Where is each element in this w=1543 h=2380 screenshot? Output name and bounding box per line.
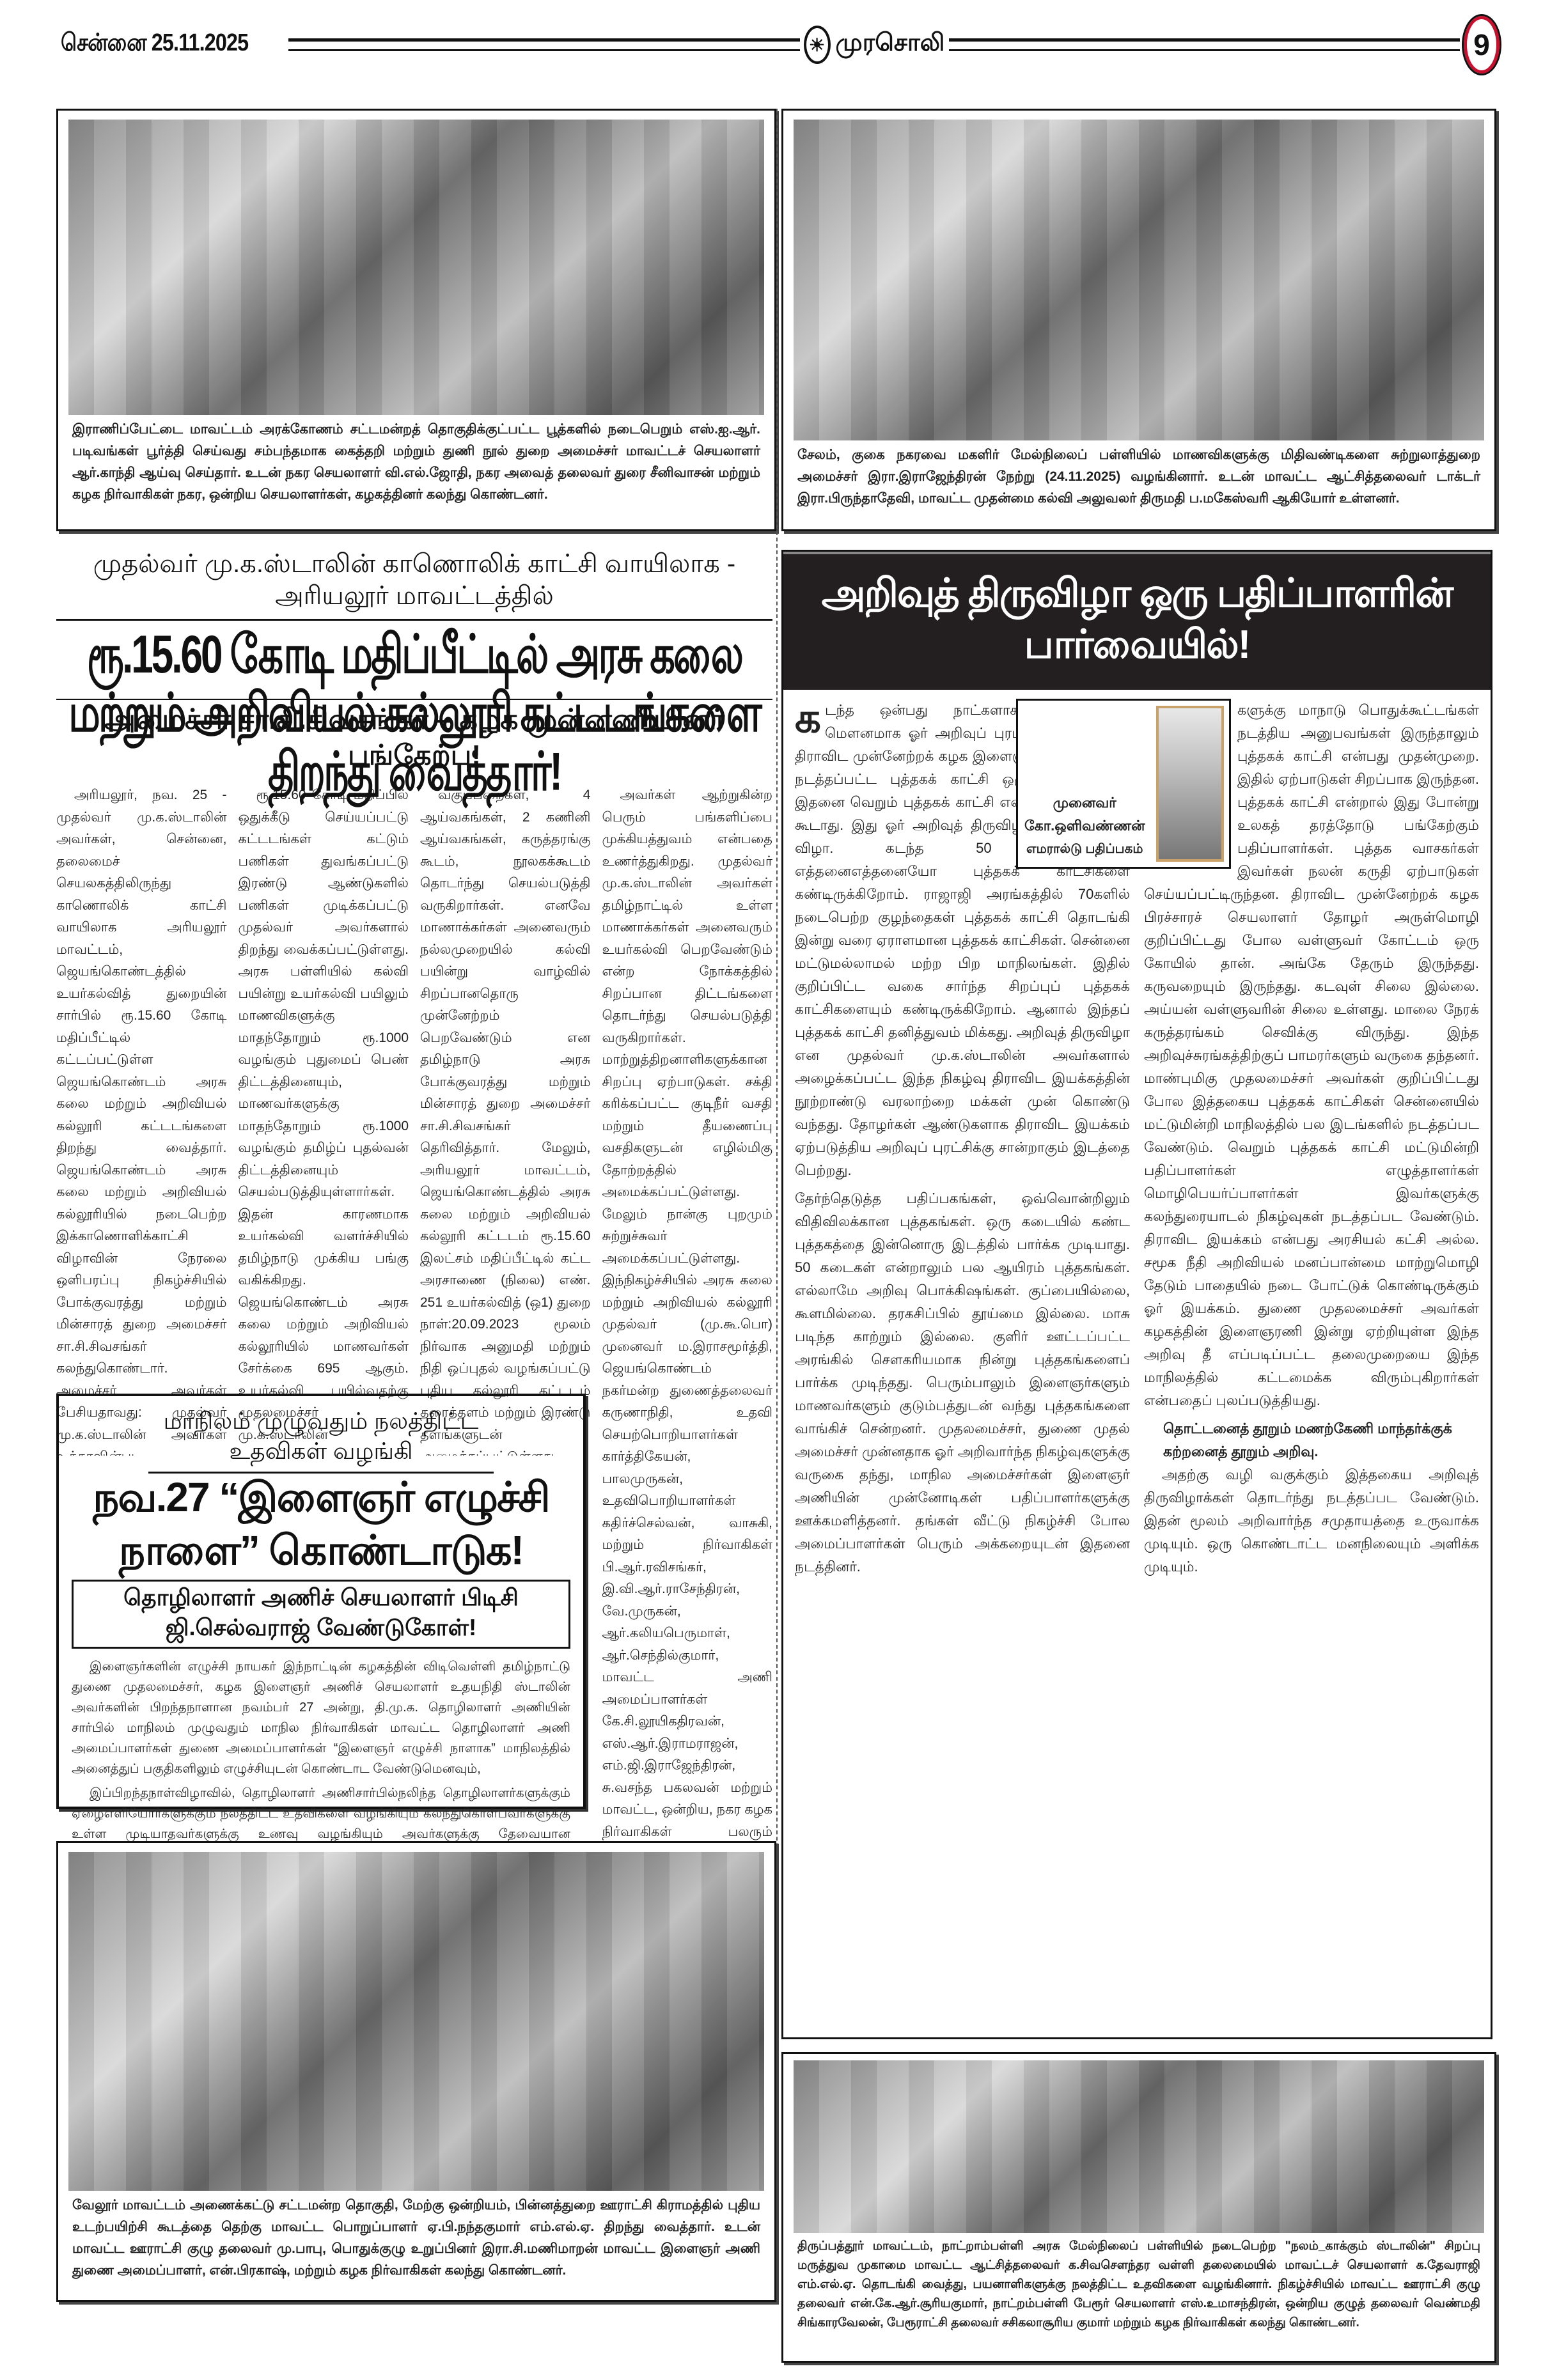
author-name: முனைவர் கோ.ஒளிவண்ணன்: [1024, 791, 1145, 837]
notice-paragraph: இளைஞர்களின் எழுச்சி நாயகர் இந்நாட்டின் க…: [72, 1656, 570, 1779]
column-text: அரியலூர், நவ. 25 - முதல்வர் மு.க.ஸ்டாலின…: [56, 784, 227, 1456]
author-role: எமரால்டு பதிப்பகம்: [1024, 837, 1145, 860]
column-text: ரூ.15.60 கோடி மதிப்பில் ஒதுக்கீடு செய்யப…: [239, 784, 409, 1446]
quote-line: தொட்டனைத் தூறும் மணற்கேணி மாந்தர்க்குக்: [1163, 1417, 1479, 1440]
notice-box: மாநிலம் முழுவதும் நலத்திட்ட உதவிகள் வழங்…: [56, 1394, 586, 1809]
article-column: அவர்கள் ஆற்றுகின்ற பெரும் பங்களிப்பை முக…: [602, 784, 773, 1999]
article-right: அறிவுத் திருவிழா ஒரு பதிப்பாளரின் பார்வை…: [781, 550, 1492, 2039]
notice-headline: நவ.27 “இளைஞர் எழுச்சி நாளை” கொண்டாடுக!: [72, 1474, 570, 1580]
article-kicker: முதல்வர் மு.க.ஸ்டாலின் காணொலிக் காட்சி வ…: [56, 550, 772, 621]
article-left: முதல்வர் மு.க.ஸ்டாலின் காணொலிக் காட்சி வ…: [56, 550, 772, 1456]
column-text: வகுப்பறைகள், 4 ஆய்வகங்கள், 2 கணினி ஆய்வக…: [420, 784, 591, 1456]
photo-caption: வேலூர் மாவட்டம் அணைக்கட்டு சட்டமன்ற தொகு…: [58, 2191, 774, 2285]
edition-date: சென்னை 25.11.2025: [61, 29, 251, 60]
article-headline: அறிவுத் திருவிழா ஒரு பதிப்பாளரின் பார்வை…: [783, 552, 1491, 690]
quote-line: கற்றனைத் தூறும் அறிவு.: [1163, 1440, 1479, 1463]
article-column: அரியலூர், நவ. 25 - முதல்வர் மு.க.ஸ்டாலின…: [56, 784, 227, 1456]
photo-image: [68, 1852, 764, 2191]
photo-caption: சேலம், குகை நகரவை மகளிர் மேல்நிலைப் பள்ள…: [783, 440, 1494, 513]
kural-quote: தொட்டனைத் தூறும் மணற்கேணி மாந்தர்க்குக் …: [1144, 1417, 1479, 1463]
article-headline: ரூ.15.60 கோடி மதிப்பீட்டில் அரசு கலை மற்…: [56, 626, 772, 802]
photo-bottom-right: திருப்பத்தூர் மாவட்டம், நாட்றாம்பள்ளி அர…: [781, 2052, 1496, 2363]
article-body-right: முனைவர் கோ.ஒளிவண்ணன் எமரால்டு பதிப்பகம் …: [1144, 699, 1479, 1412]
body-text: தேர்ந்தெடுத்த பதிப்பகங்கள், ஒவ்வொன்றிலும…: [795, 1187, 1130, 1578]
drop-cap: க: [795, 699, 821, 737]
masthead-rule: [288, 38, 800, 51]
photo-bottom-left: வேலூர் மாவட்டம் அணைக்கட்டு சட்டமன்ற தொகு…: [56, 1841, 776, 2302]
column-divider: [776, 109, 778, 2161]
paper-logo: ☀ முரசொலி: [804, 26, 945, 64]
notice-subheadline: தொழிலாளர் அணிச் செயலாளர் பிடிசி ஜி.செல்வ…: [72, 1580, 570, 1649]
photo-top-left: இராணிப்பேட்டை மாவட்டம் அரக்கோணம் சட்டமன்…: [56, 109, 776, 531]
photo-caption: திருப்பத்தூர் மாவட்டம், நாட்றாம்பள்ளி அர…: [783, 2233, 1494, 2337]
rising-sun-emblem-icon: ☀: [804, 26, 831, 64]
photo-top-right: சேலம், குகை நகரவை மகளிர் மேல்நிலைப் பள்ள…: [781, 109, 1496, 531]
body-text: அதற்கு வழி வகுக்கும் இத்தகைய அறிவுத் திர…: [1144, 1463, 1479, 1578]
masthead: சென்னை 25.11.2025 ☀ முரசொலி 9: [61, 26, 1500, 64]
photo-image: [794, 120, 1484, 440]
author-photo: [1156, 706, 1224, 862]
page-number: 9: [1464, 16, 1500, 74]
photo-caption: இராணிப்பேட்டை மாவட்டம் அரக்கோணம் சட்டமன்…: [58, 415, 774, 509]
notice-kicker: மாநிலம் முழுவதும் நலத்திட்ட உதவிகள் வழங்…: [148, 1408, 494, 1474]
column-text: அவர்கள் ஆற்றுகின்ற பெரும் பங்களிப்பை முக…: [602, 784, 773, 1865]
photo-image: [794, 2060, 1484, 2233]
masthead-rule: [949, 38, 1461, 51]
author-box: முனைவர் கோ.ஒளிவண்ணன் எமரால்டு பதிப்பகம்: [1016, 699, 1231, 869]
article-column: வகுப்பறைகள், 4 ஆய்வகங்கள், 2 கணினி ஆய்வக…: [420, 784, 591, 1456]
photo-image: [68, 120, 764, 415]
paper-name: முரசொலி: [836, 29, 945, 60]
article-column: ரூ.15.60 கோடி மதிப்பில் ஒதுக்கீடு செய்யப…: [239, 784, 409, 1456]
